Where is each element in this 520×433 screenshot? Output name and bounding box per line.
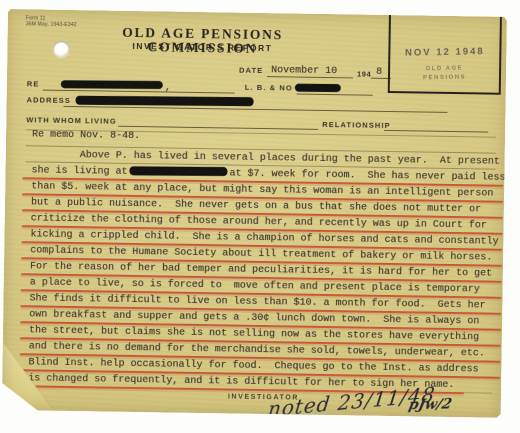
lb-no-rule — [297, 94, 373, 96]
date-label: DATE — [239, 67, 263, 75]
re-typed-comma: , — [165, 83, 171, 93]
address-label: ADDRESS — [27, 96, 71, 104]
relationship-label: RELATIONSHIP — [322, 121, 391, 130]
year-printed: 194 — [357, 70, 371, 78]
with-whom-living-label: WITH WHOM LIVING — [26, 116, 117, 125]
relationship-rule — [384, 130, 488, 133]
redaction-bar-residence — [129, 166, 227, 176]
stamp-org: OLD AGE PENSIONS — [390, 64, 499, 84]
date-stamp-box: NOV 12 1948 OLD AGE PENSIONS — [388, 11, 502, 95]
lb-no-label: L. B. & NO — [245, 84, 293, 92]
with-whom-rule — [118, 126, 318, 130]
scan-background: Form 11 36M May, 1943-E342 OLD AGE PENSI… — [0, 0, 520, 433]
handwritten-initials: pJw/2 — [407, 397, 453, 412]
redaction-bar-address — [76, 96, 254, 107]
re-label: RE — [27, 80, 40, 88]
redaction-bar-name — [61, 80, 163, 89]
typed-line-text: Re memo Nov. 8-48. — [32, 126, 140, 145]
year-rule — [371, 78, 391, 79]
redaction-bar-lb-no — [295, 84, 341, 92]
hole-punch — [53, 41, 69, 57]
date-typed-value: November 10 — [271, 66, 337, 77]
address-rule — [63, 106, 447, 113]
report-body: Re memo Nov. 8-48. Above P. has lived in… — [22, 129, 496, 393]
year-typed: 8 — [376, 68, 382, 78]
stamp-date: NOV 12 1948 — [390, 47, 499, 59]
stamp-org-line2: PENSIONS — [390, 73, 499, 84]
typed-line-text: she is living at — [31, 165, 127, 178]
re-rule — [43, 90, 235, 94]
document-paper: Form 11 36M May, 1943-E342 OLD AGE PENSI… — [2, 9, 507, 418]
